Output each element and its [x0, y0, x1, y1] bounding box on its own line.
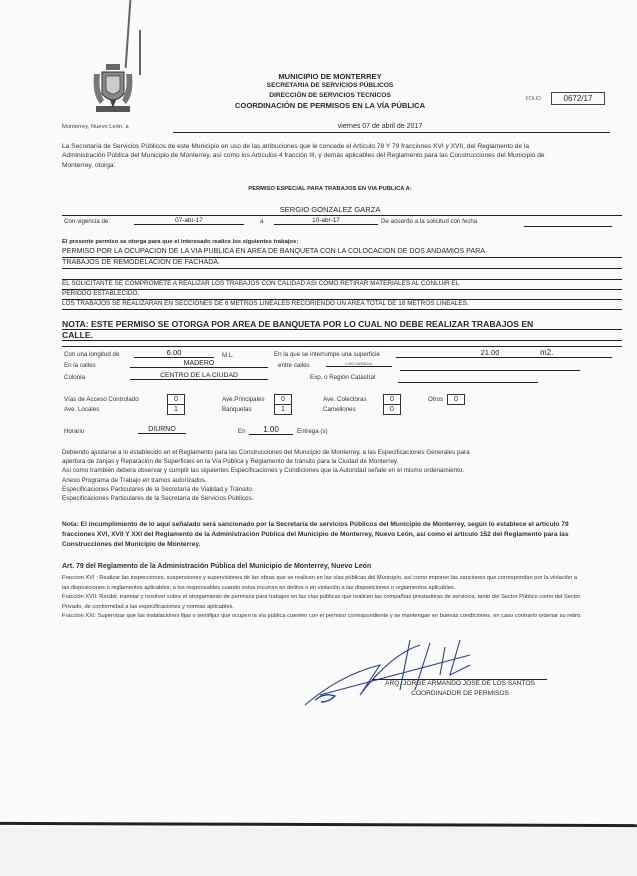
controlled-access-label: Vías de Acceso Controlado — [64, 396, 139, 403]
works-note-line1: NOTA: ESTE PERMISO SE OTORGA POR AREA DE… — [62, 319, 622, 330]
request-label: De acuerdo a la solicitud con fecha — [381, 218, 477, 225]
cadastral-field — [398, 374, 538, 383]
condition-line: Así como trambién debera observar y cump… — [62, 466, 582, 475]
scanner-background — [0, 828, 637, 876]
municipality-title: MUNICIPIO DE MONTERREY — [200, 72, 460, 81]
local-ave-label: Ave. Locales — [64, 406, 99, 413]
signatory-name: ARQ. JORGE ARMANDO JOSÉ DE LOS SANTOS — [360, 680, 560, 687]
colonia-label: Colonia — [64, 374, 85, 381]
condition-line: apertura de zanjas y Reparación de Super… — [62, 457, 582, 466]
works-intro: El presente permiso se otorga para que e… — [62, 239, 298, 245]
request-date-field — [524, 218, 612, 227]
permit-title: PERMISO ESPECIAL PARA TRABAJOS EN VIA PU… — [200, 186, 460, 192]
schedule-label: Horario — [64, 428, 84, 435]
colonia-field: CENTRO DE LA CIUDAD — [130, 372, 268, 380]
validity-label: Con vigencia de: — [64, 218, 110, 225]
permit-holder: SERGIO GONZALEZ GARZA — [240, 205, 420, 214]
between-streets-field: LUIS CARVAJAL — [326, 362, 392, 367]
works-note-line2: CALLE. — [62, 330, 622, 341]
between-streets-label: entre calles — [278, 362, 310, 369]
valid-from-field: 07-abr-17 — [134, 217, 244, 225]
conditions-list: Debiendo ajustarse a lo establecido en e… — [62, 448, 582, 503]
article-fraction: Fracción XVII: Recibir, tramitar y resol… — [62, 593, 582, 612]
length-field: 6.00 — [134, 348, 214, 358]
directorate-title: DIRECCIÓN DE SERVICIOS TECNICOS — [200, 92, 460, 99]
coordination-title: COORDINACIÓN DE PERMISOS EN LA VÍA PÚBLI… — [200, 101, 460, 110]
article-fractions: Fraccion XVI : Realizar las inspecciones… — [62, 574, 582, 622]
place-label: Monterrey, Nuevo León, a — [62, 124, 129, 130]
works-note-underline — [62, 346, 622, 347]
article-fraction: Fraccion XXI: Supervisar que las instala… — [62, 612, 582, 622]
main-ave-label: Ave.Principales — [222, 396, 265, 403]
surface-line — [396, 357, 612, 358]
scan-pen-mark — [125, 0, 132, 68]
permit-document: Monterrey, Nuevo León, a MUNICIPIO DE MO… — [0, 0, 637, 826]
sidewalks-label: Banquetas — [222, 406, 252, 413]
folio-field: 0672/17 — [551, 92, 605, 105]
others-box: 0 — [447, 394, 465, 405]
local-ave-box: 1 — [167, 404, 185, 415]
surface-label: En la que se interrumpe una superficie — [274, 351, 380, 358]
condition-line: Especificaciones Particulares de la Secr… — [62, 494, 582, 503]
medians-box: 0 — [383, 404, 401, 415]
collector-ave-label: Ave. Colectoras — [323, 396, 367, 403]
validity-separator: a — [260, 218, 263, 225]
surface-unit: m2. — [540, 348, 553, 357]
date-line — [173, 132, 610, 133]
between-streets-line2 — [400, 370, 580, 371]
deliveries-label: Entrega (s) — [297, 428, 328, 435]
issue-date: viernes 07 de abril de 2017 — [300, 123, 460, 130]
coat-of-arms-icon — [92, 62, 134, 117]
signatory-position: COORDINADOR DE PERMISOS — [360, 690, 560, 697]
schedule-field: DIURNO — [138, 426, 186, 434]
surface-field: 21.00 — [460, 348, 520, 357]
article-title: Art. 79 del Reglamento de la Administrac… — [62, 563, 371, 570]
works-line: LOS TRABAJOS SE REALIZARAN EN SECCIONES … — [62, 298, 622, 310]
length-label: Con una longitud de — [64, 351, 119, 358]
sanction-note: Nota: El incumplimiento de lo aquí señal… — [62, 520, 582, 550]
deliveries-in-label: En — [238, 428, 246, 435]
sidewalks-box: 1 — [274, 404, 292, 415]
holder-line — [62, 215, 622, 216]
signature-mark — [300, 635, 500, 715]
secretariat-title: SECRETARIA DE SERVICIOS PÚBLICOS — [200, 82, 460, 89]
length-unit: M.L. — [222, 352, 234, 359]
valid-to-field: 10-abr-17 — [274, 217, 378, 225]
article-fraction: Fraccion XVI : Realizar las inspecciones… — [62, 574, 582, 593]
cadastral-label: Exp. o Región Catastral — [310, 374, 375, 381]
folio-label: FOLIO — [526, 96, 541, 102]
scan-pen-mark — [139, 30, 141, 75]
condition-line: Especificaciones Particulares de la Secr… — [62, 485, 582, 494]
condition-line: Debiendo ajustarse a lo establecido en e… — [62, 448, 582, 457]
others-label: Otros — [428, 396, 443, 403]
medians-label: Camellones — [323, 406, 356, 413]
condition-line: Anexo Programa de Trabajo en tramos auto… — [62, 476, 582, 485]
street-label: En la calles — [64, 362, 96, 369]
deliveries-field: 1.00 — [249, 425, 293, 435]
street-field: MADERO — [130, 360, 268, 368]
intro-paragraph: La Secretaría de Servicios Públicos de e… — [62, 142, 567, 170]
